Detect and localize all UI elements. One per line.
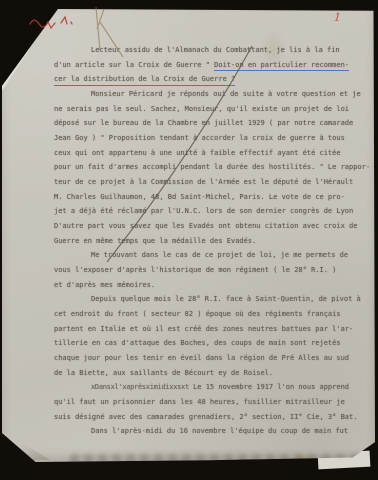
typed-line: ceux qui ont appartenu à une unité à fai… bbox=[54, 146, 366, 161]
typed-segment: qu'il faut un prisonnier dans les 48 heu… bbox=[54, 398, 345, 406]
typed-segment: D'autre part vous savez que les Evadés o… bbox=[54, 222, 357, 230]
folded-corner-top-left bbox=[2, 9, 62, 93]
typed-segment: partent en Italie et où il est créé des … bbox=[54, 325, 353, 333]
typed-line: Lecteur assidu de l'Almanach du Combatta… bbox=[54, 43, 366, 58]
typed-segment: Dans l'après-midi du 16 novembre l'équip… bbox=[91, 427, 348, 435]
typed-line: Depuis quelque mois le 28° R.I. face à S… bbox=[54, 292, 366, 307]
typed-line: Me trouvant dans le cas de ce projet de … bbox=[54, 248, 366, 263]
typed-segment: Lecteur assidu de l'Almanach du Combatta… bbox=[91, 46, 340, 54]
typed-line: cer la distribution de la Croix de Guerr… bbox=[54, 72, 366, 87]
typed-line: M. Charles Guilhaumon, 48, Bd Saint-Mich… bbox=[54, 190, 366, 205]
typed-segment: ceux qui ont appartenu à une unité à fai… bbox=[54, 149, 341, 157]
underlined-text: cer la distribution de la Croix de Guerr… bbox=[54, 75, 235, 86]
page-number: 1 bbox=[334, 11, 349, 25]
typed-segment: vous l'exposer d'après l'historique de m… bbox=[54, 266, 336, 274]
typed-line: D'autre part vous savez que les Evadés o… bbox=[54, 219, 366, 234]
typed-line: xDansxl'xaprèsximidixxsxt Le 15 novembre… bbox=[54, 380, 366, 395]
typed-line: Jean Goy ) " Proposition tendant à accor… bbox=[54, 131, 366, 146]
typed-line: partent en Italie et où il est créé des … bbox=[54, 322, 366, 337]
typed-segment: jet a déjà été réclamé par l'U.N.C. lors… bbox=[54, 207, 353, 215]
typed-line: suis désigné avec des camarades grenadie… bbox=[54, 410, 366, 425]
typed-segment: Le 15 novembre 1917 l'on nous apprend bbox=[189, 383, 349, 391]
typed-line: d'un article sur la Croix de Guerre " Do… bbox=[54, 58, 366, 73]
typed-line: Monsieur Péricard je réponds oui de suit… bbox=[54, 87, 366, 102]
typed-segment: teur de ce projet à la Commission de l'A… bbox=[54, 178, 353, 186]
typed-line: Dans l'après-midi du 16 novembre l'équip… bbox=[54, 424, 366, 439]
folded-corner-bottom-left bbox=[8, 434, 50, 460]
typed-segment: suis désigné avec des camarades grenadie… bbox=[54, 413, 357, 421]
typed-segment: Jean Goy ) " Proposition tendant à accor… bbox=[54, 134, 345, 142]
underlined-text: Doit-on en particulier recommen- bbox=[214, 61, 349, 72]
typed-line: pour un fait d'armes accompli pendant la… bbox=[54, 160, 366, 175]
typed-segment: pour un fait d'armes accompli pendant la… bbox=[54, 163, 370, 171]
typed-line: de la Biette, aux saillants de Bécourt e… bbox=[54, 366, 366, 381]
paper-stain-bottom bbox=[292, 453, 314, 465]
typed-line: teur de ce projet à la Commission de l'A… bbox=[54, 175, 366, 190]
typed-segment: Depuis quelque mois le 28° R.I. face à S… bbox=[91, 295, 361, 303]
typed-line: cet endroit du front ( secteur 82 ) époq… bbox=[54, 307, 366, 322]
typed-segment: d'un article sur la Croix de Guerre " bbox=[54, 61, 214, 69]
typed-segment: ne serais pas le seul. Sachez, Monsieur,… bbox=[54, 105, 349, 113]
typed-line: vous l'exposer d'après l'historique de m… bbox=[54, 263, 366, 278]
typed-segment: déposé sur le bureau de la Chambre en ju… bbox=[54, 119, 353, 127]
typed-segment: M. Charles Guilhaumon, 48, Bd Saint-Mich… bbox=[54, 193, 345, 201]
typed-segment: chaque jour pour les tenir en éveil dans… bbox=[54, 354, 349, 362]
typed-line: jet a déjà été réclamé par l'U.N.C. lors… bbox=[54, 204, 366, 219]
typed-segment: de la Biette, aux saillants de Bécourt e… bbox=[54, 369, 273, 377]
typed-line: déposé sur le bureau de la Chambre en ju… bbox=[54, 116, 366, 131]
typed-line: Guerre en même temps que la médaille des… bbox=[54, 234, 366, 249]
typed-line: ne serais pas le seul. Sachez, Monsieur,… bbox=[54, 102, 366, 117]
typed-line: qu'il faut un prisonnier dans les 48 heu… bbox=[54, 395, 366, 410]
typed-line: et d'après mes mémoires. bbox=[54, 278, 366, 293]
typed-segment: et d'après mes mémoires. bbox=[54, 281, 155, 289]
typewritten-page: 1 Lecteur assidu de l'Almanach du Combat… bbox=[2, 9, 375, 462]
typed-segment: Me trouvant dans le cas de ce projet de … bbox=[91, 251, 348, 259]
typed-segment: Guerre en même temps que la médaille des… bbox=[54, 237, 256, 245]
typed-segment: Monsieur Péricard je réponds oui de suit… bbox=[91, 90, 361, 98]
scanned-letter-photo: 1 Lecteur assidu de l'Almanach du Combat… bbox=[0, 0, 378, 480]
typed-text: Lecteur assidu de l'Almanach du Combatta… bbox=[54, 43, 366, 439]
typed-segment: cet endroit du front ( secteur 82 ) époq… bbox=[54, 310, 341, 318]
typed-segment: tillerie en cas d'attaque des Boches, de… bbox=[54, 339, 341, 347]
typed-line: chaque jour pour les tenir en éveil dans… bbox=[54, 351, 366, 366]
overtyped-text: xDansxl'xaprèsximidixxsxt bbox=[91, 383, 189, 391]
typed-line: tillerie en cas d'attaque des Boches, de… bbox=[54, 336, 366, 351]
